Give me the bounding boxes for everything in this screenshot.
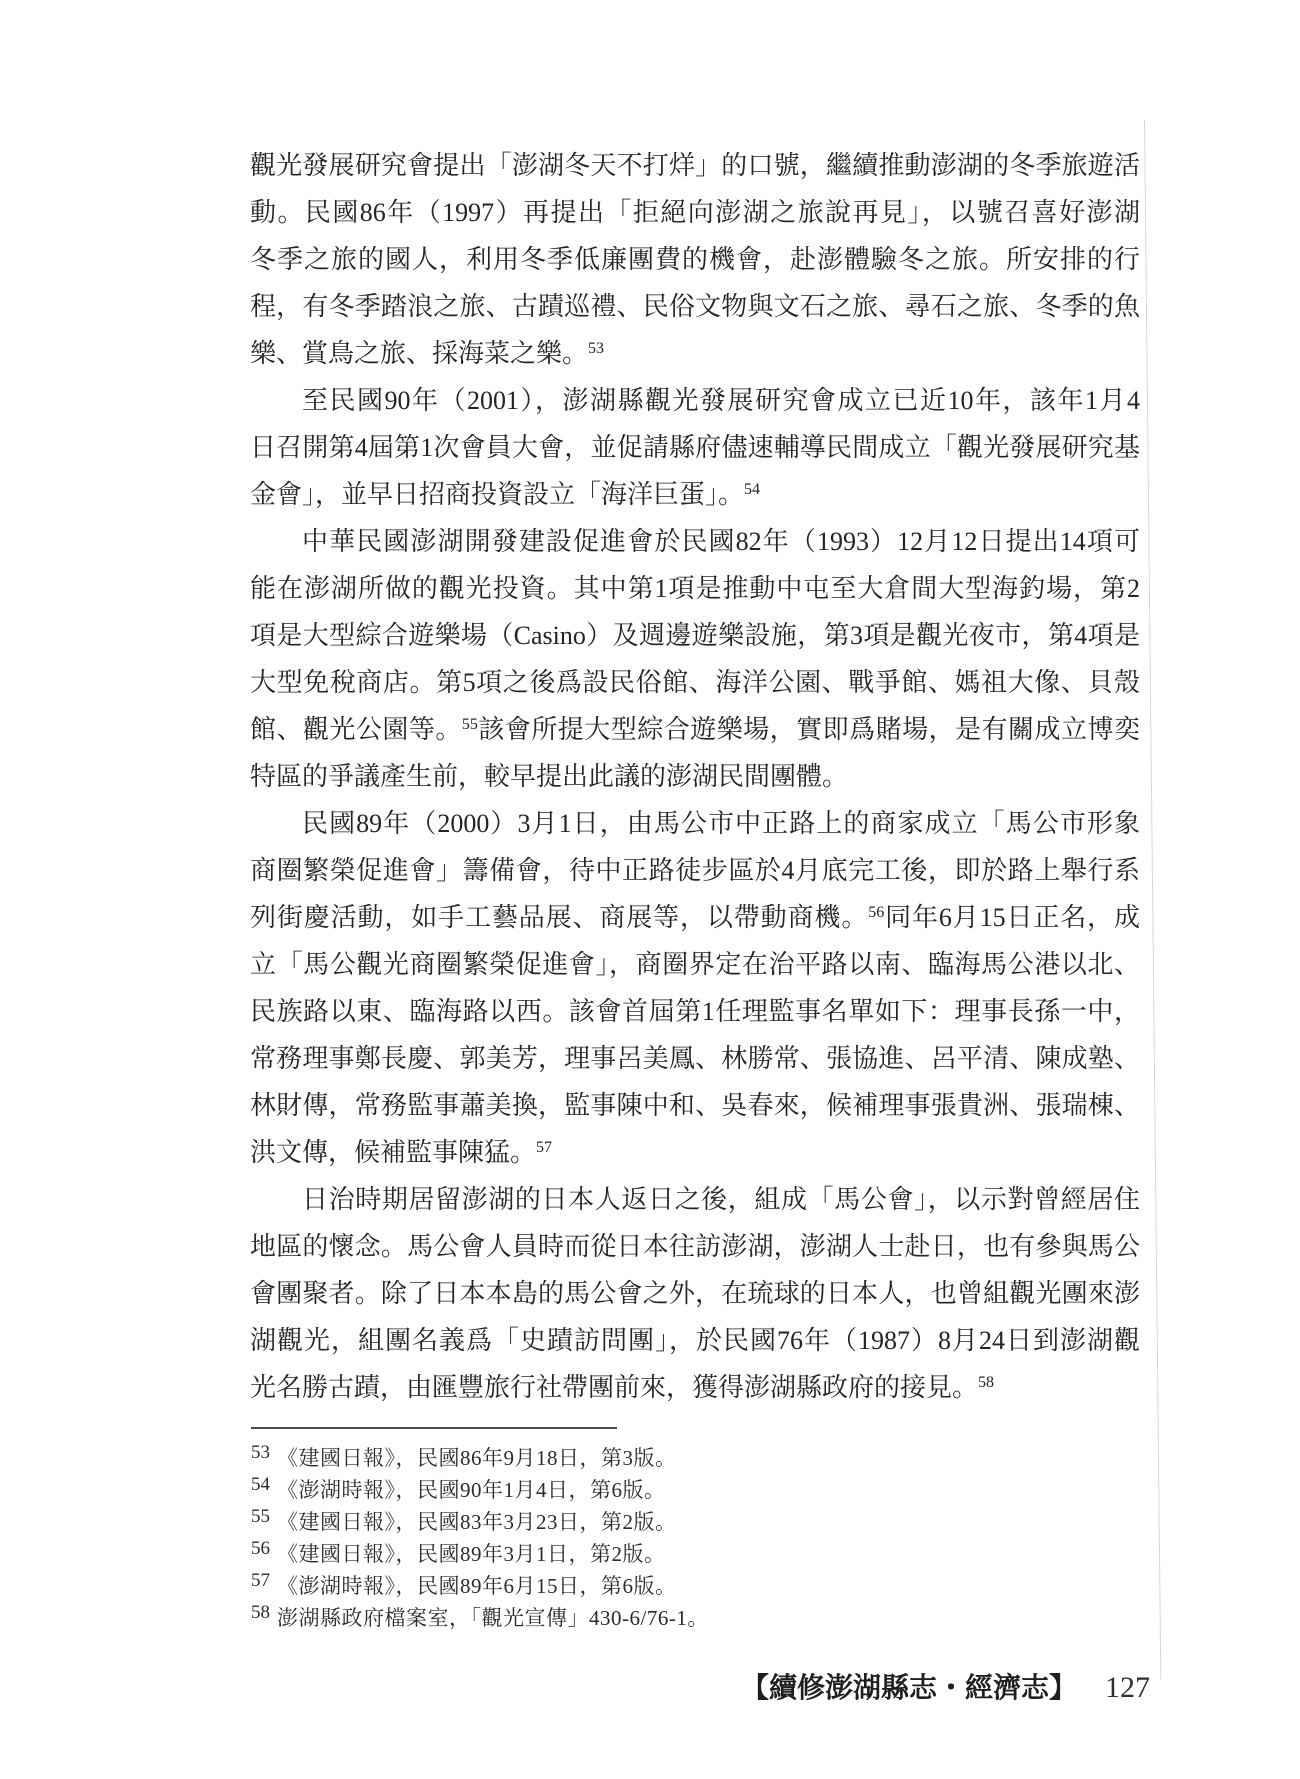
body-line: 程，有冬季踏浪之旅、古蹟巡禮、民俗文物與文石之旅、尋石之旅、冬季的魚	[250, 283, 1140, 330]
book-title: 【續修澎湖縣志・經濟志】	[741, 1673, 1077, 1704]
body-line: 地區的懷念。馬公會人員時而從日本往訪澎湖，澎湖人士赴日，也有參與馬公	[250, 1223, 1140, 1270]
footnote-item: 55《建國日報》，民國83年3月23日，第2版。	[251, 1501, 1151, 1533]
footnote-number: 53	[251, 1442, 270, 1463]
scanned-book-page: 觀光發展研究會提出「澎湖冬天不打烊」的口號，繼續推動澎湖的冬季旅遊活動。民國86…	[0, 0, 1300, 1779]
body-line: 大型免稅商店。第5項之後爲設民俗館、海洋公園、戰爭館、媽祖大像、貝殼	[250, 659, 1140, 706]
body-line: 立「馬公觀光商圈繁榮促進會」，商圈界定在治平路以南、臨海馬公港以北、	[250, 941, 1140, 988]
footnote-separator	[251, 1427, 617, 1429]
footnote-text: 澎湖縣政府檔案室，「觀光宣傳」430-6/76-1。	[277, 1606, 709, 1630]
body-line: 民族路以東、臨海路以西。該會首屆第1任理監事名單如下：理事長孫一中，	[250, 988, 1140, 1035]
body-line: 日治時期居留澎湖的日本人返日之後，組成「馬公會」，以示對曾經居住	[250, 1176, 1140, 1223]
body-line: 日召開第4屆第1次會員大會，並促請縣府儘速輔導民間成立「觀光發展研究基	[250, 424, 1140, 471]
body-line: 能在澎湖所做的觀光投資。其中第1項是推動中屯至大倉間大型海釣場，第2	[250, 565, 1140, 612]
footnote-text: 《建國日報》，民國86年9月18日，第3版。	[277, 1446, 677, 1470]
body-line: 會團聚者。除了日本本島的馬公會之外，在琉球的日本人，也曾組觀光團來澎	[250, 1270, 1140, 1317]
page-footer: 【續修澎湖縣志・經濟志】127	[0, 1666, 1150, 1706]
body-line: 樂、賞鳥之旅、採海菜之樂。53	[250, 330, 1140, 377]
footnote-text: 《澎湖時報》，民國90年1月4日，第6版。	[277, 1478, 666, 1502]
paragraph: 觀光發展研究會提出「澎湖冬天不打烊」的口號，繼續推動澎湖的冬季旅遊活動。民國86…	[250, 142, 1140, 377]
footnote-number: 55	[251, 1506, 270, 1527]
footnote-item: 58澎湖縣政府檔案室，「觀光宣傳」430-6/76-1。	[251, 1597, 1151, 1629]
body-line: 金會」，並早日招商投資設立「海洋巨蛋」。54	[250, 471, 1140, 518]
footnote-text: 《建國日報》，民國89年3月1日，第2版。	[277, 1542, 666, 1566]
footnote-ref: 54	[744, 481, 760, 498]
body-line: 至民國90年（2001），澎湖縣觀光發展研究會成立已近10年，該年1月4	[250, 377, 1140, 424]
footnote-item: 53《建國日報》，民國86年9月18日，第3版。	[251, 1437, 1151, 1469]
body-line: 常務理事鄭長慶、郭美芳，理事呂美鳳、林勝常、張協進、呂平清、陳成塾、	[250, 1035, 1140, 1082]
footnote-text: 《建國日報》，民國83年3月23日，第2版。	[277, 1510, 677, 1534]
paragraph: 日治時期居留澎湖的日本人返日之後，組成「馬公會」，以示對曾經居住地區的懷念。馬公…	[250, 1176, 1140, 1411]
body-text: 觀光發展研究會提出「澎湖冬天不打烊」的口號，繼續推動澎湖的冬季旅遊活動。民國86…	[250, 142, 1140, 1411]
paragraph: 民國89年（2000）3月1日，由馬公市中正路上的商家成立「馬公市形象商圈繁榮促…	[250, 800, 1140, 1176]
body-line: 觀光發展研究會提出「澎湖冬天不打烊」的口號，繼續推動澎湖的冬季旅遊活	[250, 142, 1140, 189]
footnote-ref: 53	[588, 340, 604, 357]
footnote-number: 58	[251, 1602, 270, 1623]
body-line: 動。民國86年（1997）再提出「拒絕向澎湖之旅說再見」，以號召喜好澎湖	[250, 189, 1140, 236]
footnote-number: 54	[251, 1474, 270, 1495]
footnote-number: 57	[251, 1570, 270, 1591]
footnotes-list: 53《建國日報》，民國86年9月18日，第3版。54《澎湖時報》，民國90年1月…	[251, 1437, 1151, 1629]
body-line: 光名勝古蹟，由匯豐旅行社帶團前來，獲得澎湖縣政府的接見。58	[250, 1364, 1140, 1411]
paragraph: 中華民國澎湖開發建設促進會於民國82年（1993）12月12日提出14項可能在澎…	[250, 518, 1140, 800]
body-line: 林財傳，常務監事蕭美換，監事陳中和、吳春來，候補理事張貴洲、張瑞棟、	[250, 1082, 1140, 1129]
body-line: 項是大型綜合遊樂場（Casino）及週邊遊樂設施，第3項是觀光夜市，第4項是	[250, 612, 1140, 659]
body-line: 湖觀光，組團名義爲「史蹟訪問團」，於民國76年（1987）8月24日到澎湖觀	[250, 1317, 1140, 1364]
footnote-item: 54《澎湖時報》，民國90年1月4日，第6版。	[251, 1469, 1151, 1501]
paragraph: 至民國90年（2001），澎湖縣觀光發展研究會成立已近10年，該年1月4日召開第…	[250, 377, 1140, 518]
footnote-item: 57《澎湖時報》，民國89年6月15日，第6版。	[251, 1565, 1151, 1597]
footnote-ref: 58	[978, 1374, 994, 1391]
footnote-item: 56《建國日報》，民國89年3月1日，第2版。	[251, 1533, 1151, 1565]
footnote-ref: 55	[462, 716, 478, 733]
body-line: 商圈繁榮促進會」籌備會，待中正路徒步區於4月底完工後，即於路上舉行系	[250, 847, 1140, 894]
body-line: 民國89年（2000）3月1日，由馬公市中正路上的商家成立「馬公市形象	[250, 800, 1140, 847]
footnote-ref: 56	[868, 904, 884, 921]
footnote-ref: 57	[536, 1139, 552, 1156]
page-number: 127	[1105, 1671, 1150, 1704]
body-line: 中華民國澎湖開發建設促進會於民國82年（1993）12月12日提出14項可	[250, 518, 1140, 565]
body-line: 館、觀光公園等。55該會所提大型綜合遊樂場，實即爲賭場，是有關成立博奕	[250, 706, 1140, 753]
body-line: 冬季之旅的國人，利用冬季低廉團費的機會，赴澎體驗冬之旅。所安排的行	[250, 236, 1140, 283]
body-line: 特區的爭議產生前，較早提出此議的澎湖民間團體。	[250, 753, 1140, 800]
footnote-number: 56	[251, 1538, 270, 1559]
body-line: 洪文傳，候補監事陳猛。57	[250, 1129, 1140, 1176]
body-line: 列街慶活動，如手工藝品展、商展等，以帶動商機。56同年6月15日正名，成	[250, 894, 1140, 941]
footnote-text: 《澎湖時報》，民國89年6月15日，第6版。	[277, 1574, 677, 1598]
